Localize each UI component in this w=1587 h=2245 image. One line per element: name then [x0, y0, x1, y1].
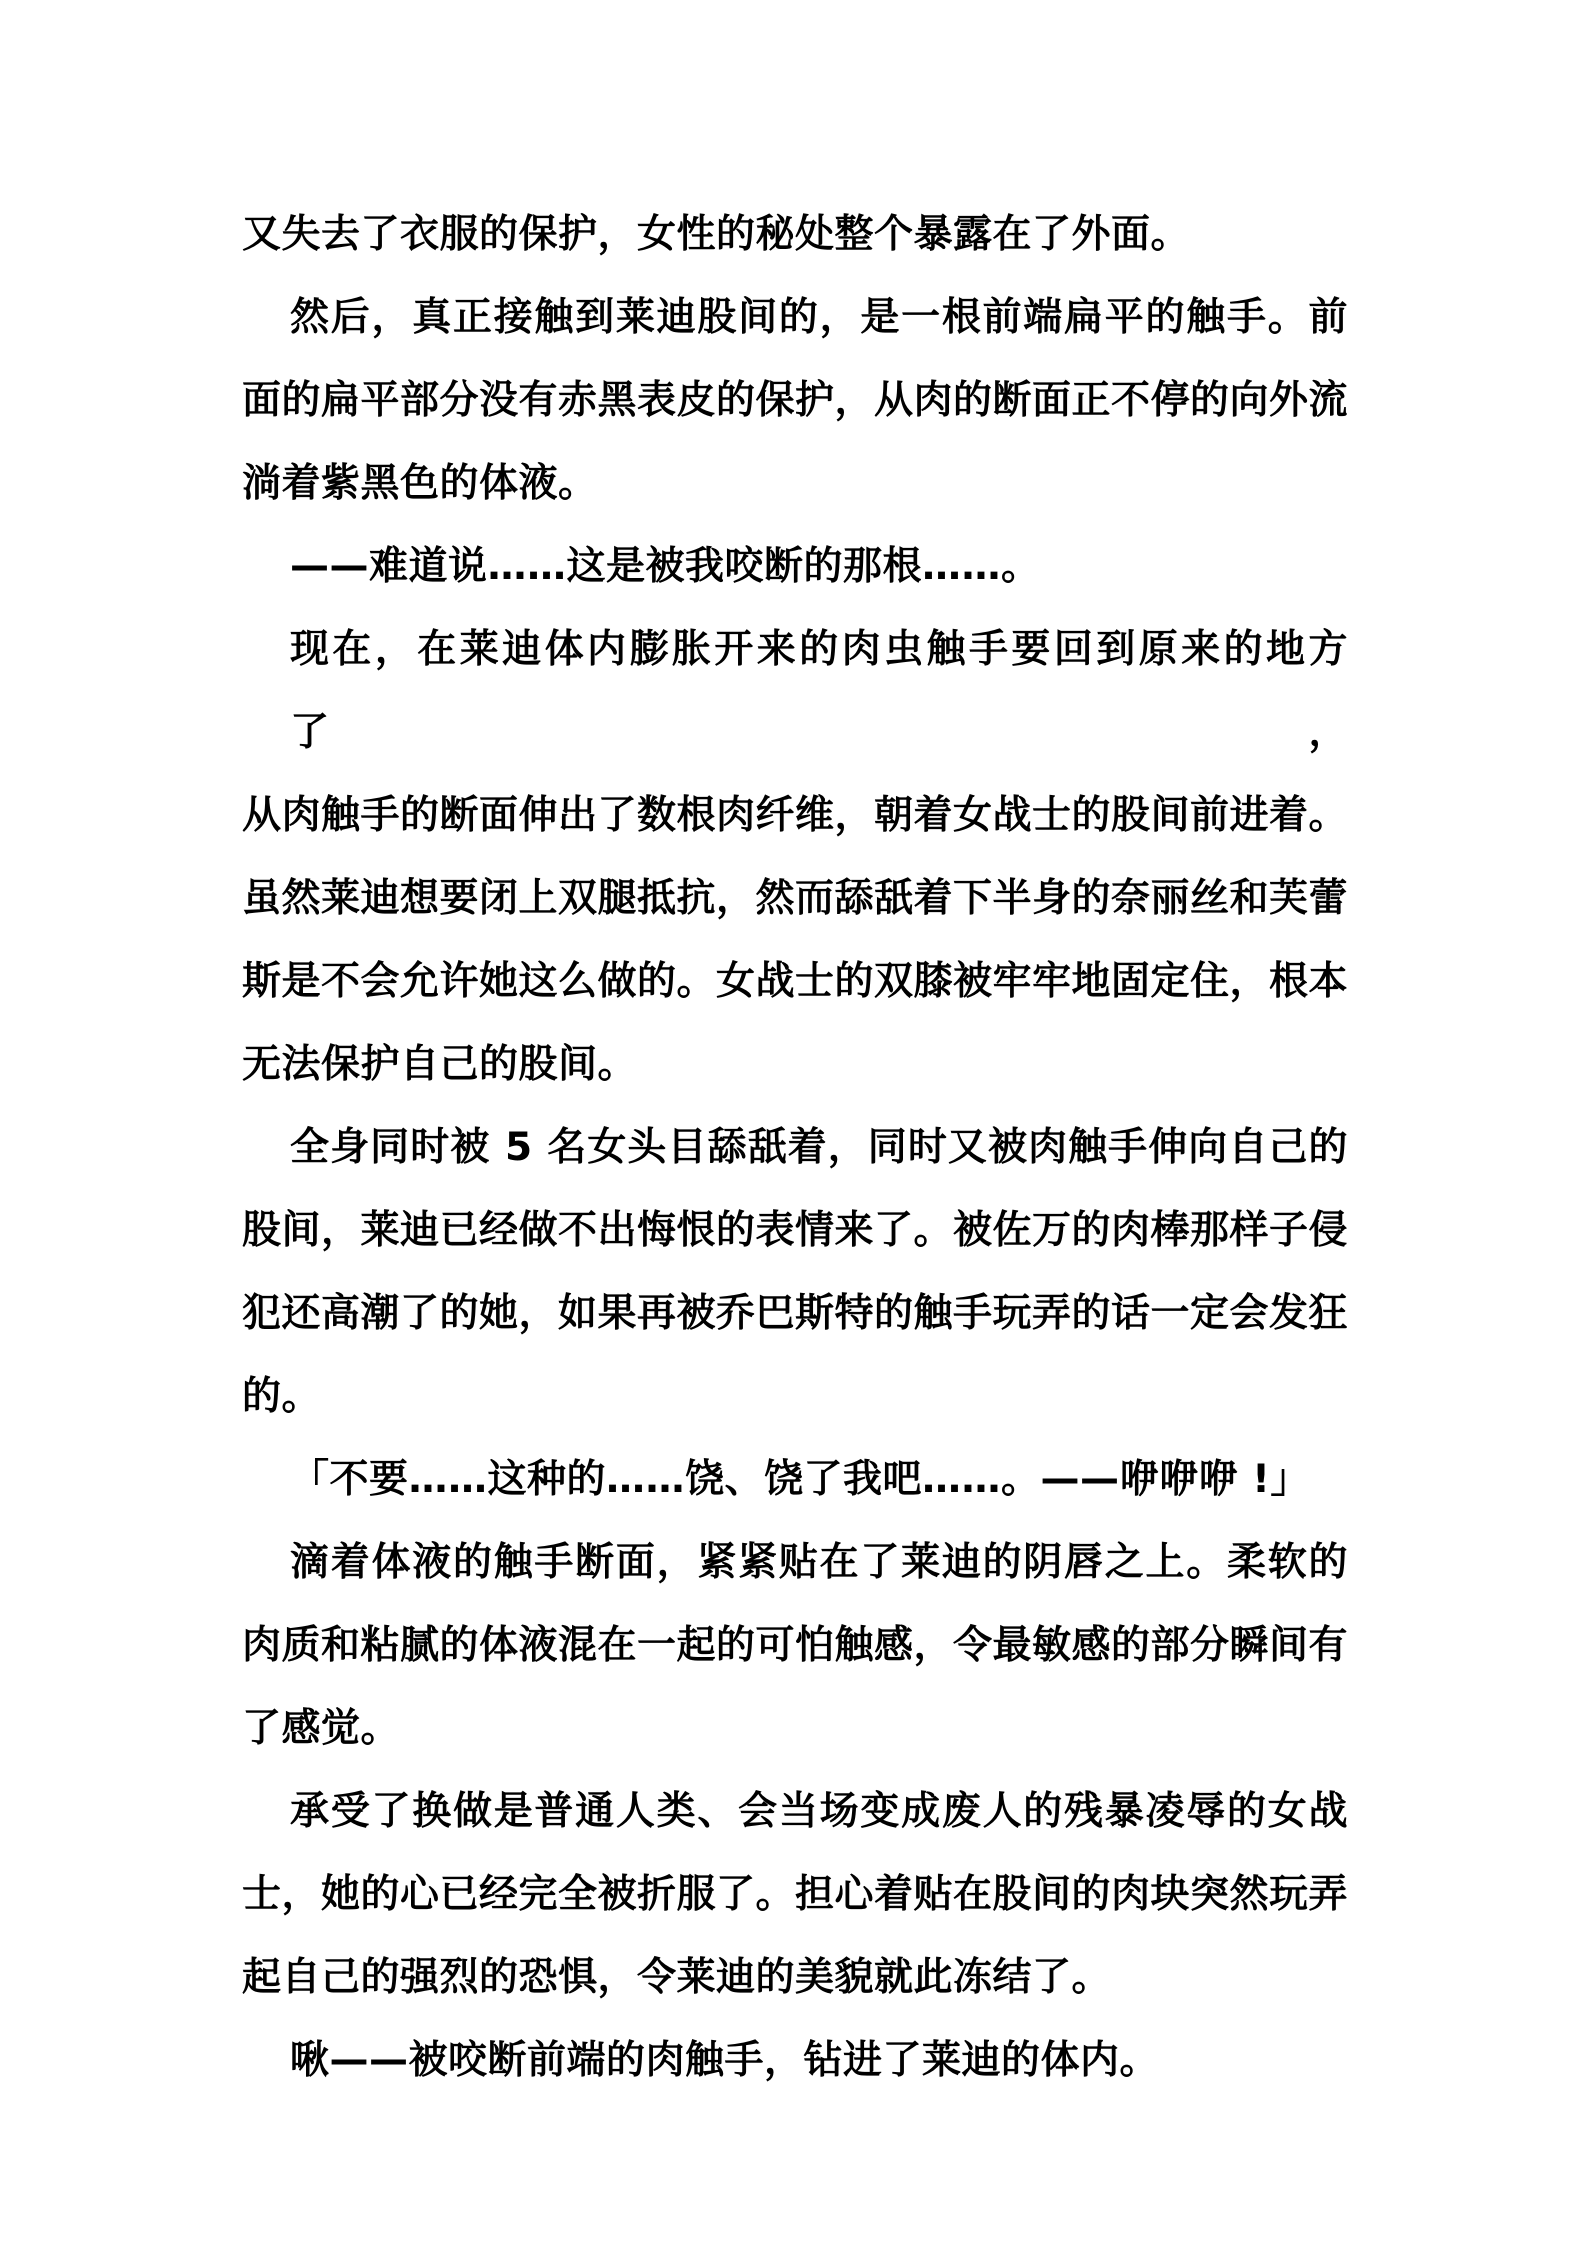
text-line: 面的扁平部分没有赤黑表皮的保护，从肉的断面正不停的向外流 — [242, 359, 1348, 442]
text-line: 虽然莱迪想要闭上双腿抵抗，然而舔舐着下半身的奈丽丝和芙蕾 — [242, 857, 1348, 940]
text-line: 无法保护自己的股间。 — [242, 1023, 1348, 1106]
body-text: 又失去了衣服的保护，女性的秘处整个暴露在了外面。然后，真正接触到莱迪股间的，是一… — [242, 193, 1348, 2102]
text-line: 的。 — [242, 1355, 1348, 1438]
text-line: 淌着紫黑色的体液。 — [242, 442, 1348, 525]
text-line: 股间，莱迪已经做不出悔恨的表情来了。被佐万的肉棒那样子侵 — [242, 1189, 1348, 1272]
text-line: 从肉触手的断面伸出了数根肉纤维，朝着女战士的股间前进着。 — [242, 774, 1348, 857]
text-line: 「不要……这种的……饶、饶了我吧……。——咿咿咿 !」 — [242, 1438, 1348, 1521]
text-line: 全身同时被 5 名女头目舔舐着，同时又被肉触手伸向自己的 — [242, 1106, 1348, 1189]
text-line: 斯是不会允许她这么做的。女战士的双膝被牢牢地固定住，根本 — [242, 940, 1348, 1023]
text-line: 承受了换做是普通人类、会当场变成废人的残暴凌辱的女战 — [242, 1770, 1348, 1853]
text-line: 然后，真正接触到莱迪股间的，是一根前端扁平的触手。前 — [242, 276, 1348, 359]
text-line: 犯还高潮了的她，如果再被乔巴斯特的触手玩弄的话一定会发狂 — [242, 1272, 1348, 1355]
text-line: 现在，在莱迪体内膨胀开来的肉虫触手要回到原来的地方了， — [242, 608, 1348, 774]
text-line: ——难道说……这是被我咬断的那根……。 — [242, 525, 1348, 608]
text-line: 士，她的心已经完全被折服了。担心着贴在股间的肉块突然玩弄 — [242, 1853, 1348, 1936]
text-line: 起自己的强烈的恐惧，令莱迪的美貌就此冻结了。 — [242, 1936, 1348, 2019]
text-line: 了感觉。 — [242, 1687, 1348, 1770]
text-line: 滴着体液的触手断面，紧紧贴在了莱迪的阴唇之上。柔软的 — [242, 1521, 1348, 1604]
text-line: 又失去了衣服的保护，女性的秘处整个暴露在了外面。 — [242, 193, 1348, 276]
text-line: 肉质和粘腻的体液混在一起的可怕触感，令最敏感的部分瞬间有 — [242, 1604, 1348, 1687]
document-page: 又失去了衣服的保护，女性的秘处整个暴露在了外面。然后，真正接触到莱迪股间的，是一… — [0, 0, 1587, 2245]
text-line: 啾——被咬断前端的肉触手，钻进了莱迪的体内。 — [242, 2019, 1348, 2102]
